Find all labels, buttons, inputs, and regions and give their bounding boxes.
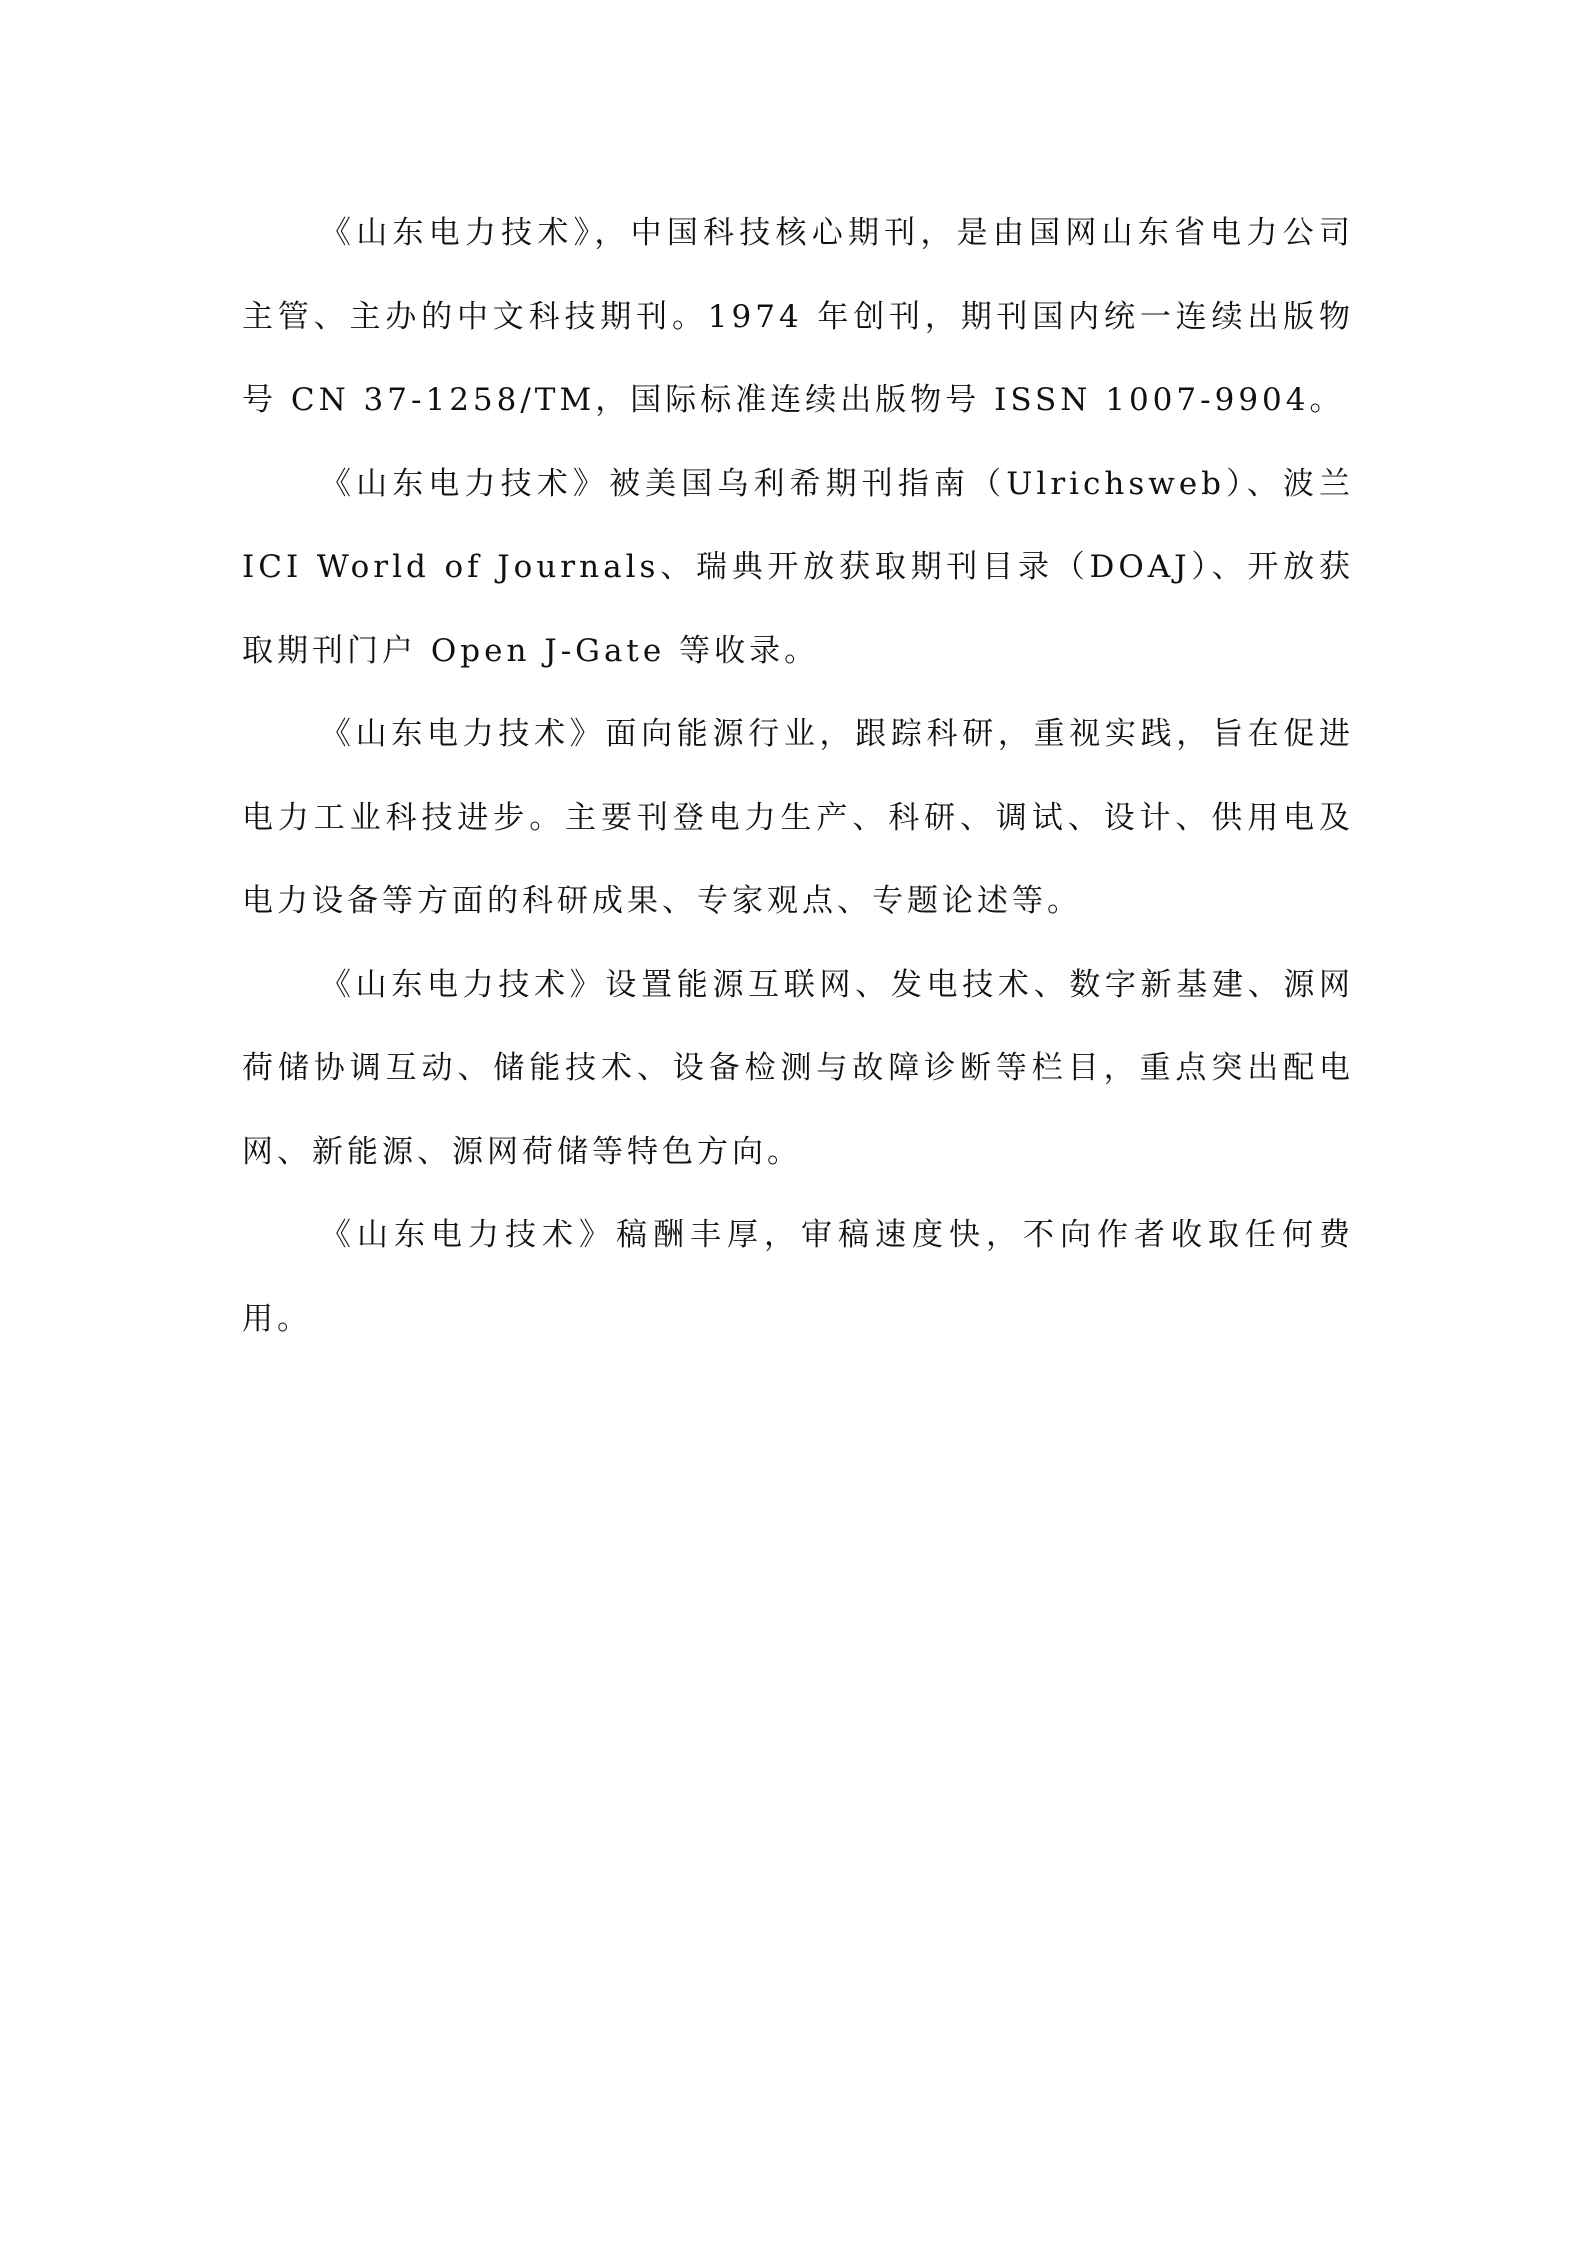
paragraph-columns: 《山东电力技术》设置能源互联网、发电技术、数字新基建、源网荷储协调互动、储能技术…	[242, 944, 1354, 1195]
paragraph-fees: 《山东电力技术》稿酬丰厚，审稿速度快，不向作者收取任何费用。	[242, 1194, 1354, 1361]
paragraph-indexing: 《山东电力技术》被美国乌利希期刊指南（Ulrichsweb）、波兰 ICI Wo…	[242, 443, 1354, 694]
journal-introduction-page: 《山东电力技术》，中国科技核心期刊，是由国网山东省电力公司主管、主办的中文科技期…	[242, 192, 1354, 1361]
paragraph-scope: 《山东电力技术》面向能源行业，跟踪科研，重视实践，旨在促进电力工业科技进步。主要…	[242, 693, 1354, 944]
paragraph-overview: 《山东电力技术》，中国科技核心期刊，是由国网山东省电力公司主管、主办的中文科技期…	[242, 192, 1354, 443]
